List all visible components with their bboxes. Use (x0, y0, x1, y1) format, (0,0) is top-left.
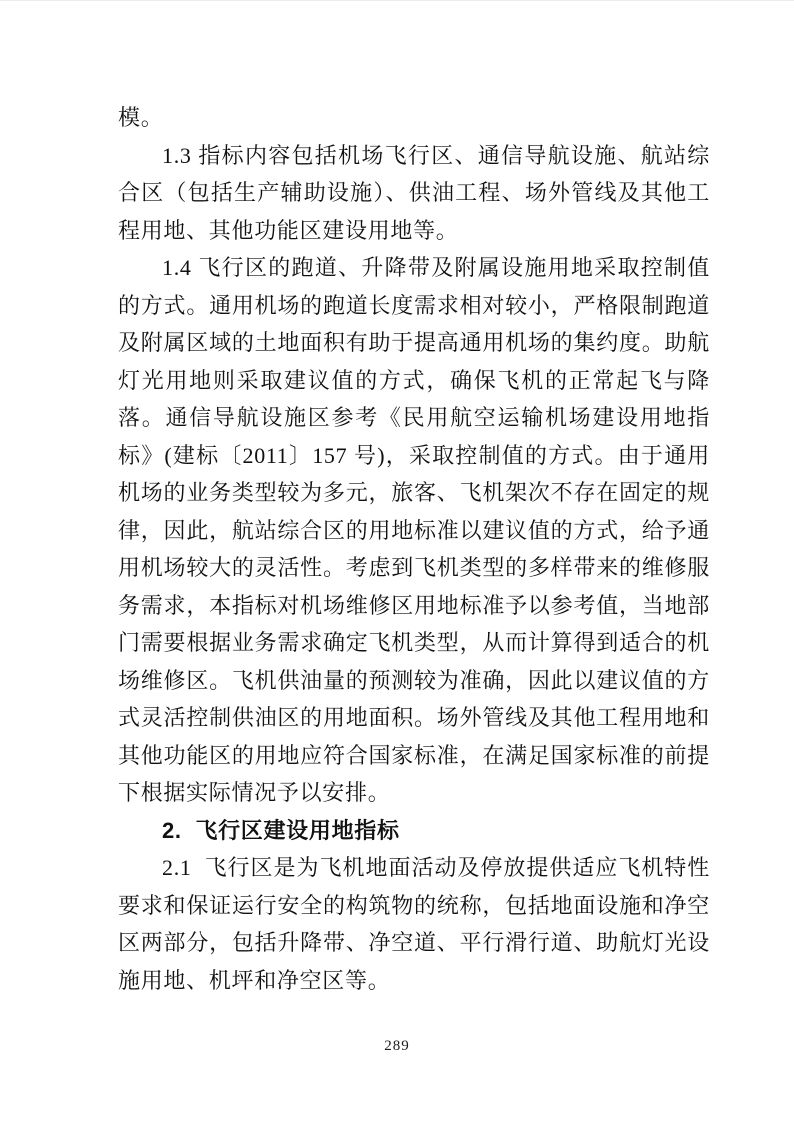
paragraph-continuation: 模。 (118, 99, 710, 137)
document-body: 模。 1.3 指标内容包括机场飞行区、通信导航设施、航站综合区（包括生产辅助设施… (118, 99, 710, 999)
paragraph-1-3: 1.3 指标内容包括机场飞行区、通信导航设施、航站综合区（包括生产辅助设施）、供… (118, 137, 710, 250)
section-heading-2: 2. 飞行区建设用地指标 (118, 812, 710, 850)
page-number: 289 (0, 1038, 794, 1055)
document-page: 模。 1.3 指标内容包括机场飞行区、通信导航设施、航站综合区（包括生产辅助设施… (0, 0, 794, 1122)
paragraph-2-1: 2.1 飞行区是为飞机地面活动及停放提供适应飞机特性要求和保证运行安全的构筑物的… (118, 849, 710, 999)
paragraph-1-4: 1.4 飞行区的跑道、升降带及附属设施用地采取控制值的方式。通用机场的跑道长度需… (118, 249, 710, 812)
